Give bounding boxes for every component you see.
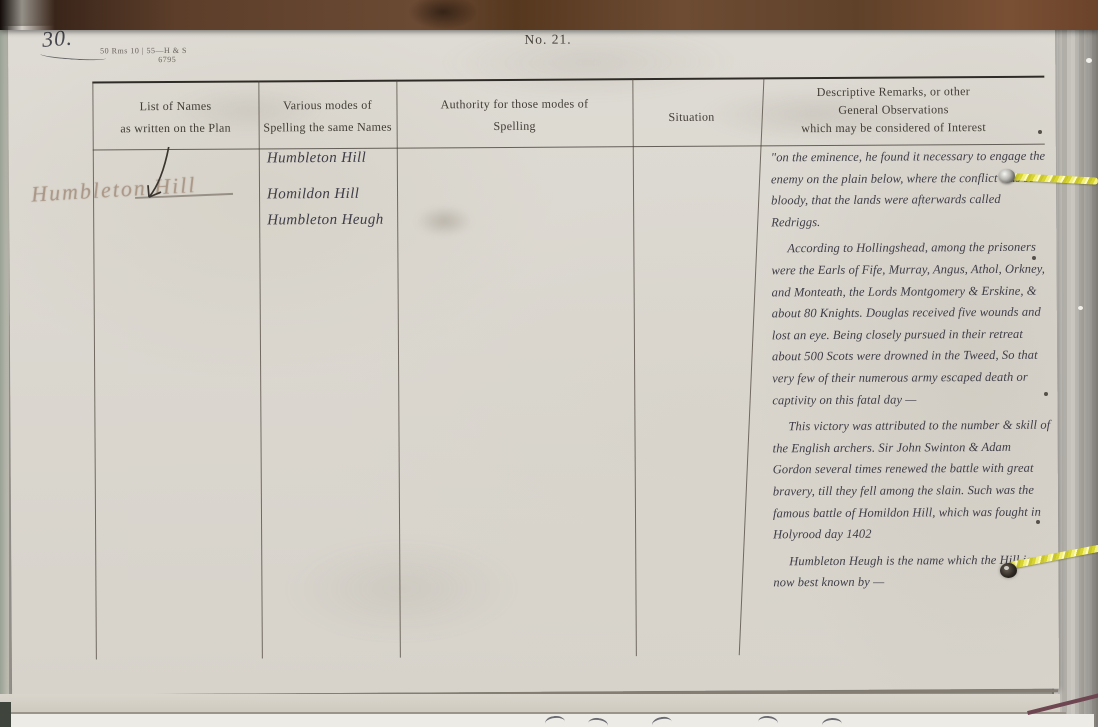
paper-chip (1078, 306, 1083, 310)
column-divider (632, 78, 637, 656)
page-stack-right-edge (1052, 24, 1098, 727)
print-code-line2: 6795 (158, 55, 187, 64)
remarks-paragraph: According to Hollingshead, among the pri… (771, 237, 1050, 411)
column-header-spellings: Various modes of Spelling the same Names (258, 94, 396, 139)
column-divider (258, 80, 263, 658)
background-corner (0, 702, 11, 727)
remarks-text: "on the eminence, he found it necessary … (771, 146, 1052, 600)
underlying-page-edge (0, 694, 1060, 713)
sheet-number: No. 21. (478, 31, 618, 48)
header-line: Descriptive Remarks, or other (742, 82, 1044, 102)
spelling-entry: Humbleton Hill (267, 150, 397, 168)
header-line: Situation (633, 105, 751, 128)
hole-speck (1032, 256, 1036, 260)
wood-shelf-edge (0, 0, 1098, 30)
paper-chip (1086, 58, 1092, 63)
header-line: Spelling (397, 114, 633, 137)
hole-speck (1036, 520, 1040, 524)
header-line: Various modes of (258, 94, 396, 117)
ink-smudge (415, 205, 473, 237)
scanned-document-photo: 30. 50 Rms 10 | 55—H & S 6795 No. 21. Li… (0, 0, 1098, 727)
column-header-remarks: Descriptive Remarks, or other General Ob… (742, 82, 1044, 138)
spelling-entry: Homildon Hill (267, 186, 397, 204)
insertion-arrow-mark (129, 143, 191, 211)
column-divider (92, 81, 97, 659)
header-line: as written on the Plan (93, 116, 259, 139)
binding-grommet-top (999, 169, 1015, 183)
column-header-situation: Situation (633, 105, 751, 128)
column-header-names: List of Names as written on the Plan (92, 94, 258, 139)
spelling-entry: Humbleton Heugh (267, 212, 397, 230)
header-line: List of Names (92, 94, 258, 117)
column-divider (739, 78, 765, 656)
hole-speck (1044, 392, 1048, 396)
underlying-writing-mark (822, 717, 843, 727)
document-page: 30. 50 Rms 10 | 55—H & S 6795 No. 21. Li… (8, 20, 1059, 695)
print-code-stamp: 50 Rms 10 | 55—H & S 6795 (100, 46, 187, 65)
header-line: which may be considered of Interest (743, 118, 1045, 138)
hole-speck (1038, 130, 1042, 134)
metal-glint (1004, 566, 1009, 570)
punched-hole-bottom (1000, 563, 1017, 578)
remarks-paragraph: This victory was attributed to the numbe… (772, 415, 1051, 546)
header-line: Spelling the same Names (259, 116, 397, 139)
folio-underline-flourish (40, 51, 106, 62)
column-header-authority: Authority for those modes of Spelling (396, 92, 632, 137)
stain (281, 533, 522, 644)
wood-knot (408, 0, 478, 30)
remarks-paragraph: "on the eminence, he found it necessary … (771, 146, 1050, 234)
header-line: Authority for those modes of (396, 92, 632, 115)
header-line: General Observations (742, 100, 1044, 120)
